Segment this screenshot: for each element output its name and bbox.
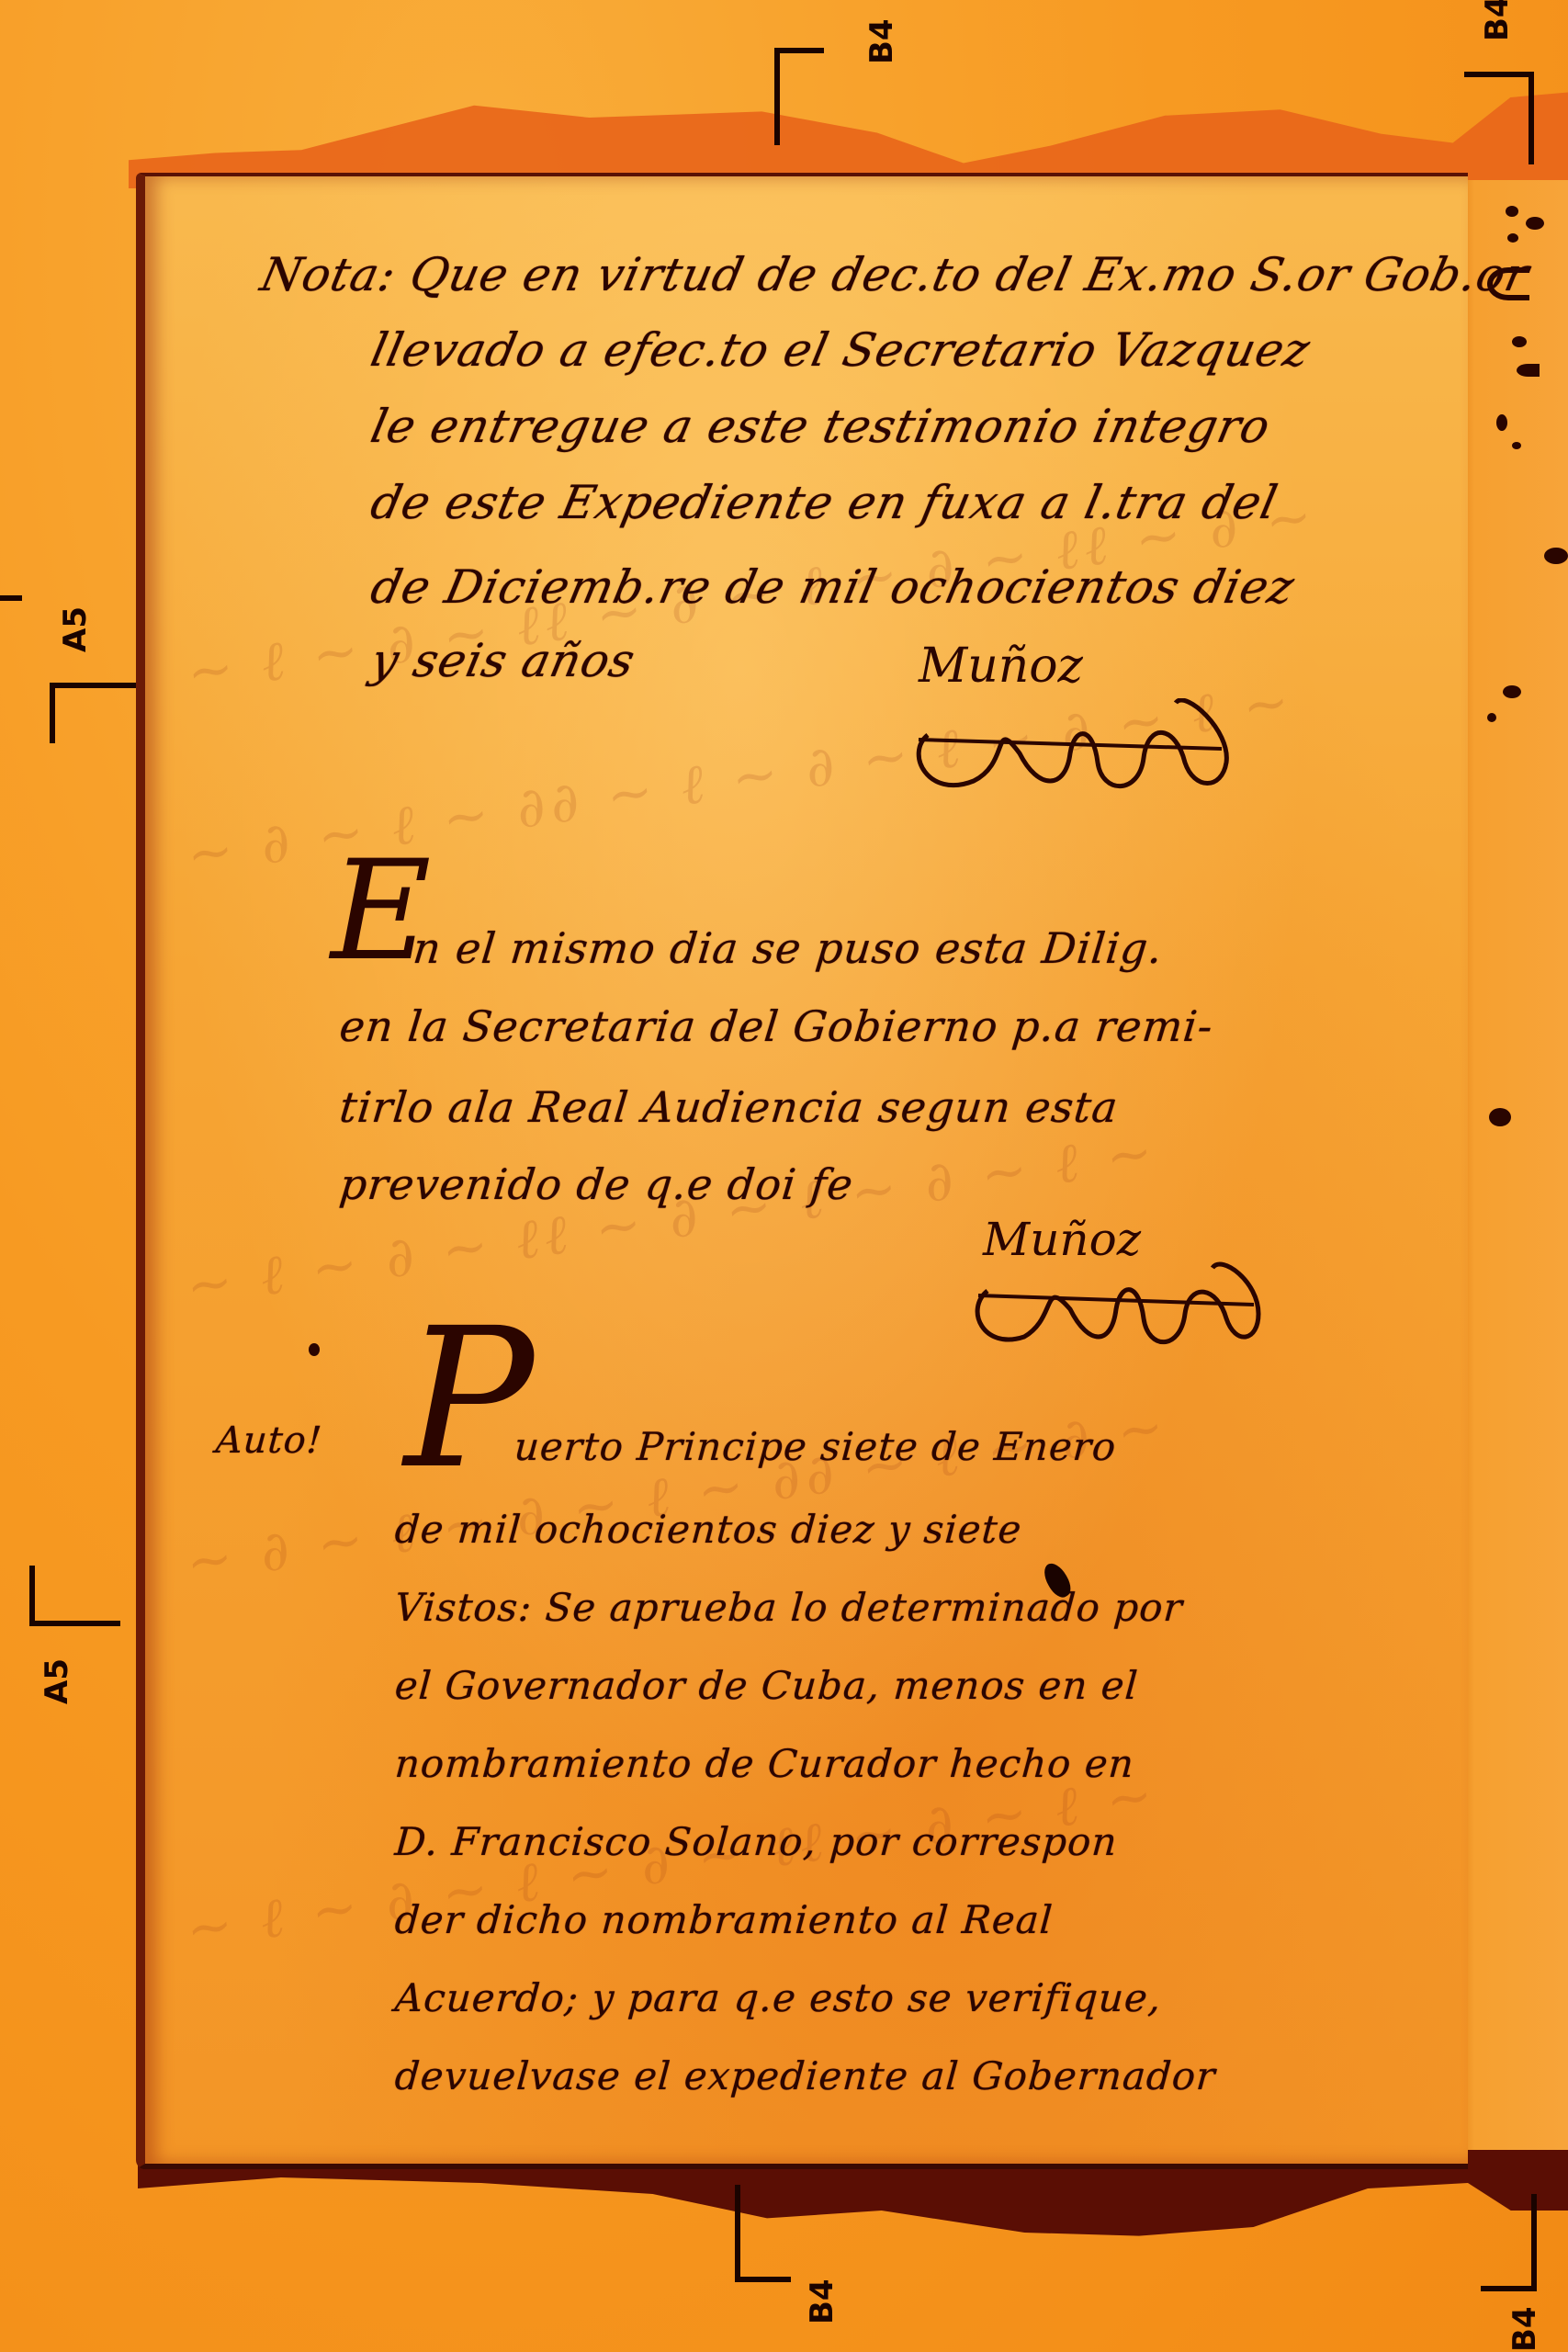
auto-line-8: Acuerdo; y para q.e esto se verifique, bbox=[393, 1975, 1163, 2020]
auto-line-1: uerto Principe siete de Enero bbox=[513, 1424, 1118, 1469]
auto-margin-label: Auto! bbox=[214, 1419, 323, 1462]
diligencia-line-2: en la Secretaria del Gobierno p.a remi- bbox=[337, 1001, 1215, 1051]
nota-line-5: de Diciemb.re de mil ochocientos diez bbox=[367, 560, 1300, 614]
adjacent-page bbox=[1459, 180, 1568, 2155]
nota-line-1: Nota: Que en virtud de dec.to del Ex.mo … bbox=[256, 248, 1534, 301]
auto-line-9: devuelvase el expediente al Gobernador bbox=[393, 2053, 1217, 2098]
diligencia-line-4: prevenido de q.e doi fe bbox=[337, 1159, 856, 1209]
rubric-flourish bbox=[909, 698, 1240, 808]
marker-label-a5-lower: A5 bbox=[39, 1658, 75, 1704]
auto-line-2: de mil ochocientos diez y siete bbox=[393, 1507, 1023, 1552]
rubric-flourish-2 bbox=[964, 1259, 1268, 1360]
nota-line-2: llevado a efec.to el Secretario Vazquez bbox=[367, 323, 1315, 377]
auto-line-4: el Governador de Cuba, menos en el bbox=[393, 1663, 1140, 1708]
auto-line-5: nombramiento de Curador hecho en bbox=[393, 1741, 1135, 1786]
marker-label-b4-bottom-right: B4 bbox=[1506, 2306, 1543, 2352]
auto-line-7: der dicho nombramiento al Real bbox=[393, 1897, 1055, 1942]
marker-label-b4-top-left: B4 bbox=[863, 18, 900, 64]
diligencia-line-3: tirlo ala Real Audiencia segun esta bbox=[337, 1082, 1121, 1132]
nota-line-3: le entregue a este testimonio integro bbox=[367, 400, 1275, 453]
diligencia-line-1: n el mismo dia se puso esta Dilig. bbox=[411, 923, 1165, 973]
auto-line-6: D. Francisco Solano, por correspon bbox=[393, 1819, 1119, 1864]
nota-line-4: de este Expediente en fuxa a l.tra del bbox=[367, 476, 1282, 529]
ink-dot bbox=[309, 1343, 320, 1356]
signature-munoz: Muñoz bbox=[919, 639, 1083, 694]
marker-label-a5-upper: A5 bbox=[57, 606, 94, 652]
marker-label-b4-top-right: B4 bbox=[1479, 0, 1516, 41]
nota-line-6: y seis años bbox=[367, 634, 640, 687]
decorative-initial-p: P bbox=[404, 1286, 534, 1511]
marker-label-b4-bottom-left: B4 bbox=[804, 2278, 840, 2324]
